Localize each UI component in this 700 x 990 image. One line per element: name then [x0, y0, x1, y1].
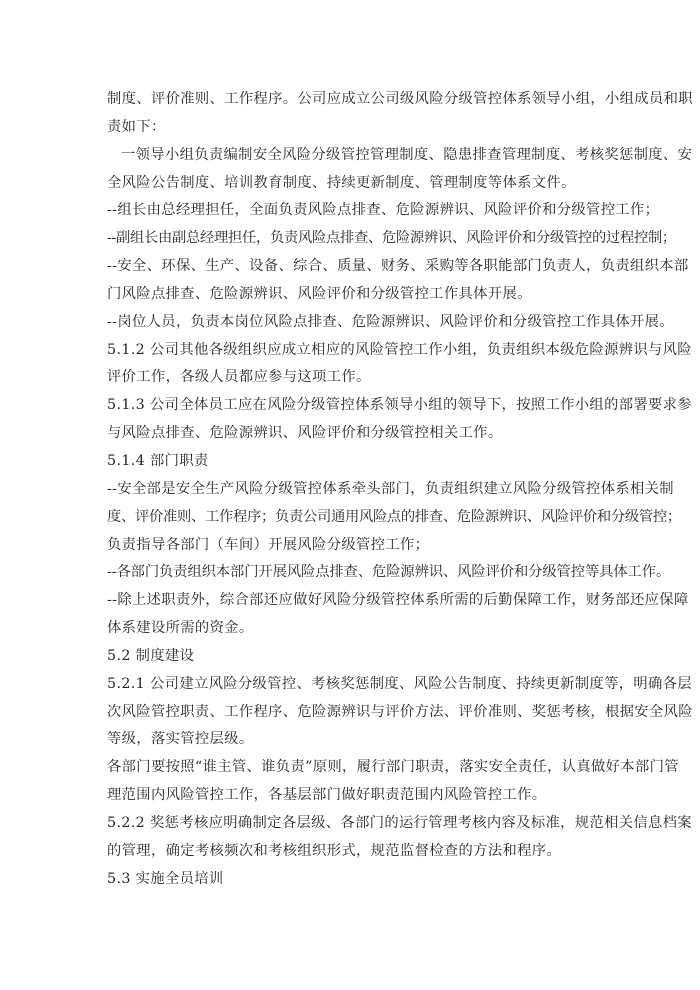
text-line: 理范围内风险管控工作，各基层部门做好职责范围内风险管控工作。	[107, 782, 593, 810]
document-page: 制度、评价准则、工作程序。公司应成立公司级风险分级管控体系领导小组，小组成员和职…	[107, 86, 593, 893]
section-5-2-2: 5.2.2 奖惩考核应明确制定各层级、各部门的运行管理考核内容及标准，规范相关信…	[107, 810, 593, 838]
text-line: 与风险点排查、危险源辨识、风险评价和分级管控相关工作。	[107, 420, 593, 448]
section-5-1-4-heading: 5.1.4 部门职责	[107, 448, 593, 476]
section-5-2-heading: 5.2 制度建设	[107, 643, 593, 671]
text-line: --安全、环保、生产、设备、综合、质量、财务、采购等各职能部门负责人，负责组织本…	[107, 253, 593, 281]
text-line: 的管理，确定考核频次和考核组织形式，规范监督检查的方法和程序。	[107, 838, 593, 866]
text-line: 等级，落实管控层级。	[107, 726, 593, 754]
text-line: --各部门负责组织本部门开展风险点排查、危险源辨识、风险评价和分级管控等具体工作…	[107, 559, 593, 587]
text-line: 门风险点排查、危险源辨识、风险评价和分级管控工作具体开展。	[107, 281, 593, 309]
text-line: 全风险公告制度、培训教育制度、持续更新制度、管理制度等体系文件。	[107, 170, 593, 198]
text-line: --组长由总经理担任，全面负责风险点排查、危险源辨识、风险评价和分级管控工作；	[107, 197, 593, 225]
text-line: 体系建设所需的资金。	[107, 615, 593, 643]
text-line: 一领导小组负责编制安全风险分级管控管理制度、隐患排查管理制度、考核奖惩制度、安	[107, 142, 593, 170]
text-line: 各部门要按照“谁主管、谁负责”原则，履行部门职责，落实安全责任，认真做好本部门管	[107, 754, 593, 782]
text-line: 责如下：	[107, 114, 593, 142]
section-5-1-3: 5.1.3 公司全体员工应在风险分级管控体系领导小组的领导下，按照工作小组的部署…	[107, 392, 593, 420]
text-line: --副组长由副总经理担任，负责风险点排查、危险源辨识、风险评价和分级管控的过程控…	[107, 225, 593, 253]
section-5-1-2: 5.1.2 公司其他各级组织应成立相应的风险管控工作小组，负责组织本级危险源辨识…	[107, 337, 593, 365]
text-line: --岗位人员，负责本岗位风险点排查、危险源辨识、风险评价和分级管控工作具体开展。	[107, 309, 593, 337]
section-5-2-1: 5.2.1 公司建立风险分级管控、考核奖惩制度、风险公告制度、持续更新制度等，明…	[107, 671, 593, 699]
text-line: --安全部是安全生产风险分级管控体系牵头部门，负责组织建立风险分级管控体系相关制	[107, 476, 593, 504]
section-5-3-heading: 5.3 实施全员培训	[107, 866, 593, 894]
text-line: 次风险管控职责、工作程序、危险源辨识与评价方法、评价准则、奖惩考核，根据安全风险	[107, 699, 593, 727]
text-line: 负责指导各部门（车间）开展风险分级管控工作；	[107, 532, 593, 560]
text-line: 度、评价准则、工作程序；负责公司通用风险点的排查、危险源辨识、风险评价和分级管控…	[107, 504, 593, 532]
text-line: --除上述职责外，综合部还应做好风险分级管控体系所需的后勤保障工作，财务部还应保…	[107, 587, 593, 615]
text-line: 评价工作，各级人员都应参与这项工作。	[107, 364, 593, 392]
text-line: 制度、评价准则、工作程序。公司应成立公司级风险分级管控体系领导小组，小组成员和职	[107, 86, 593, 114]
